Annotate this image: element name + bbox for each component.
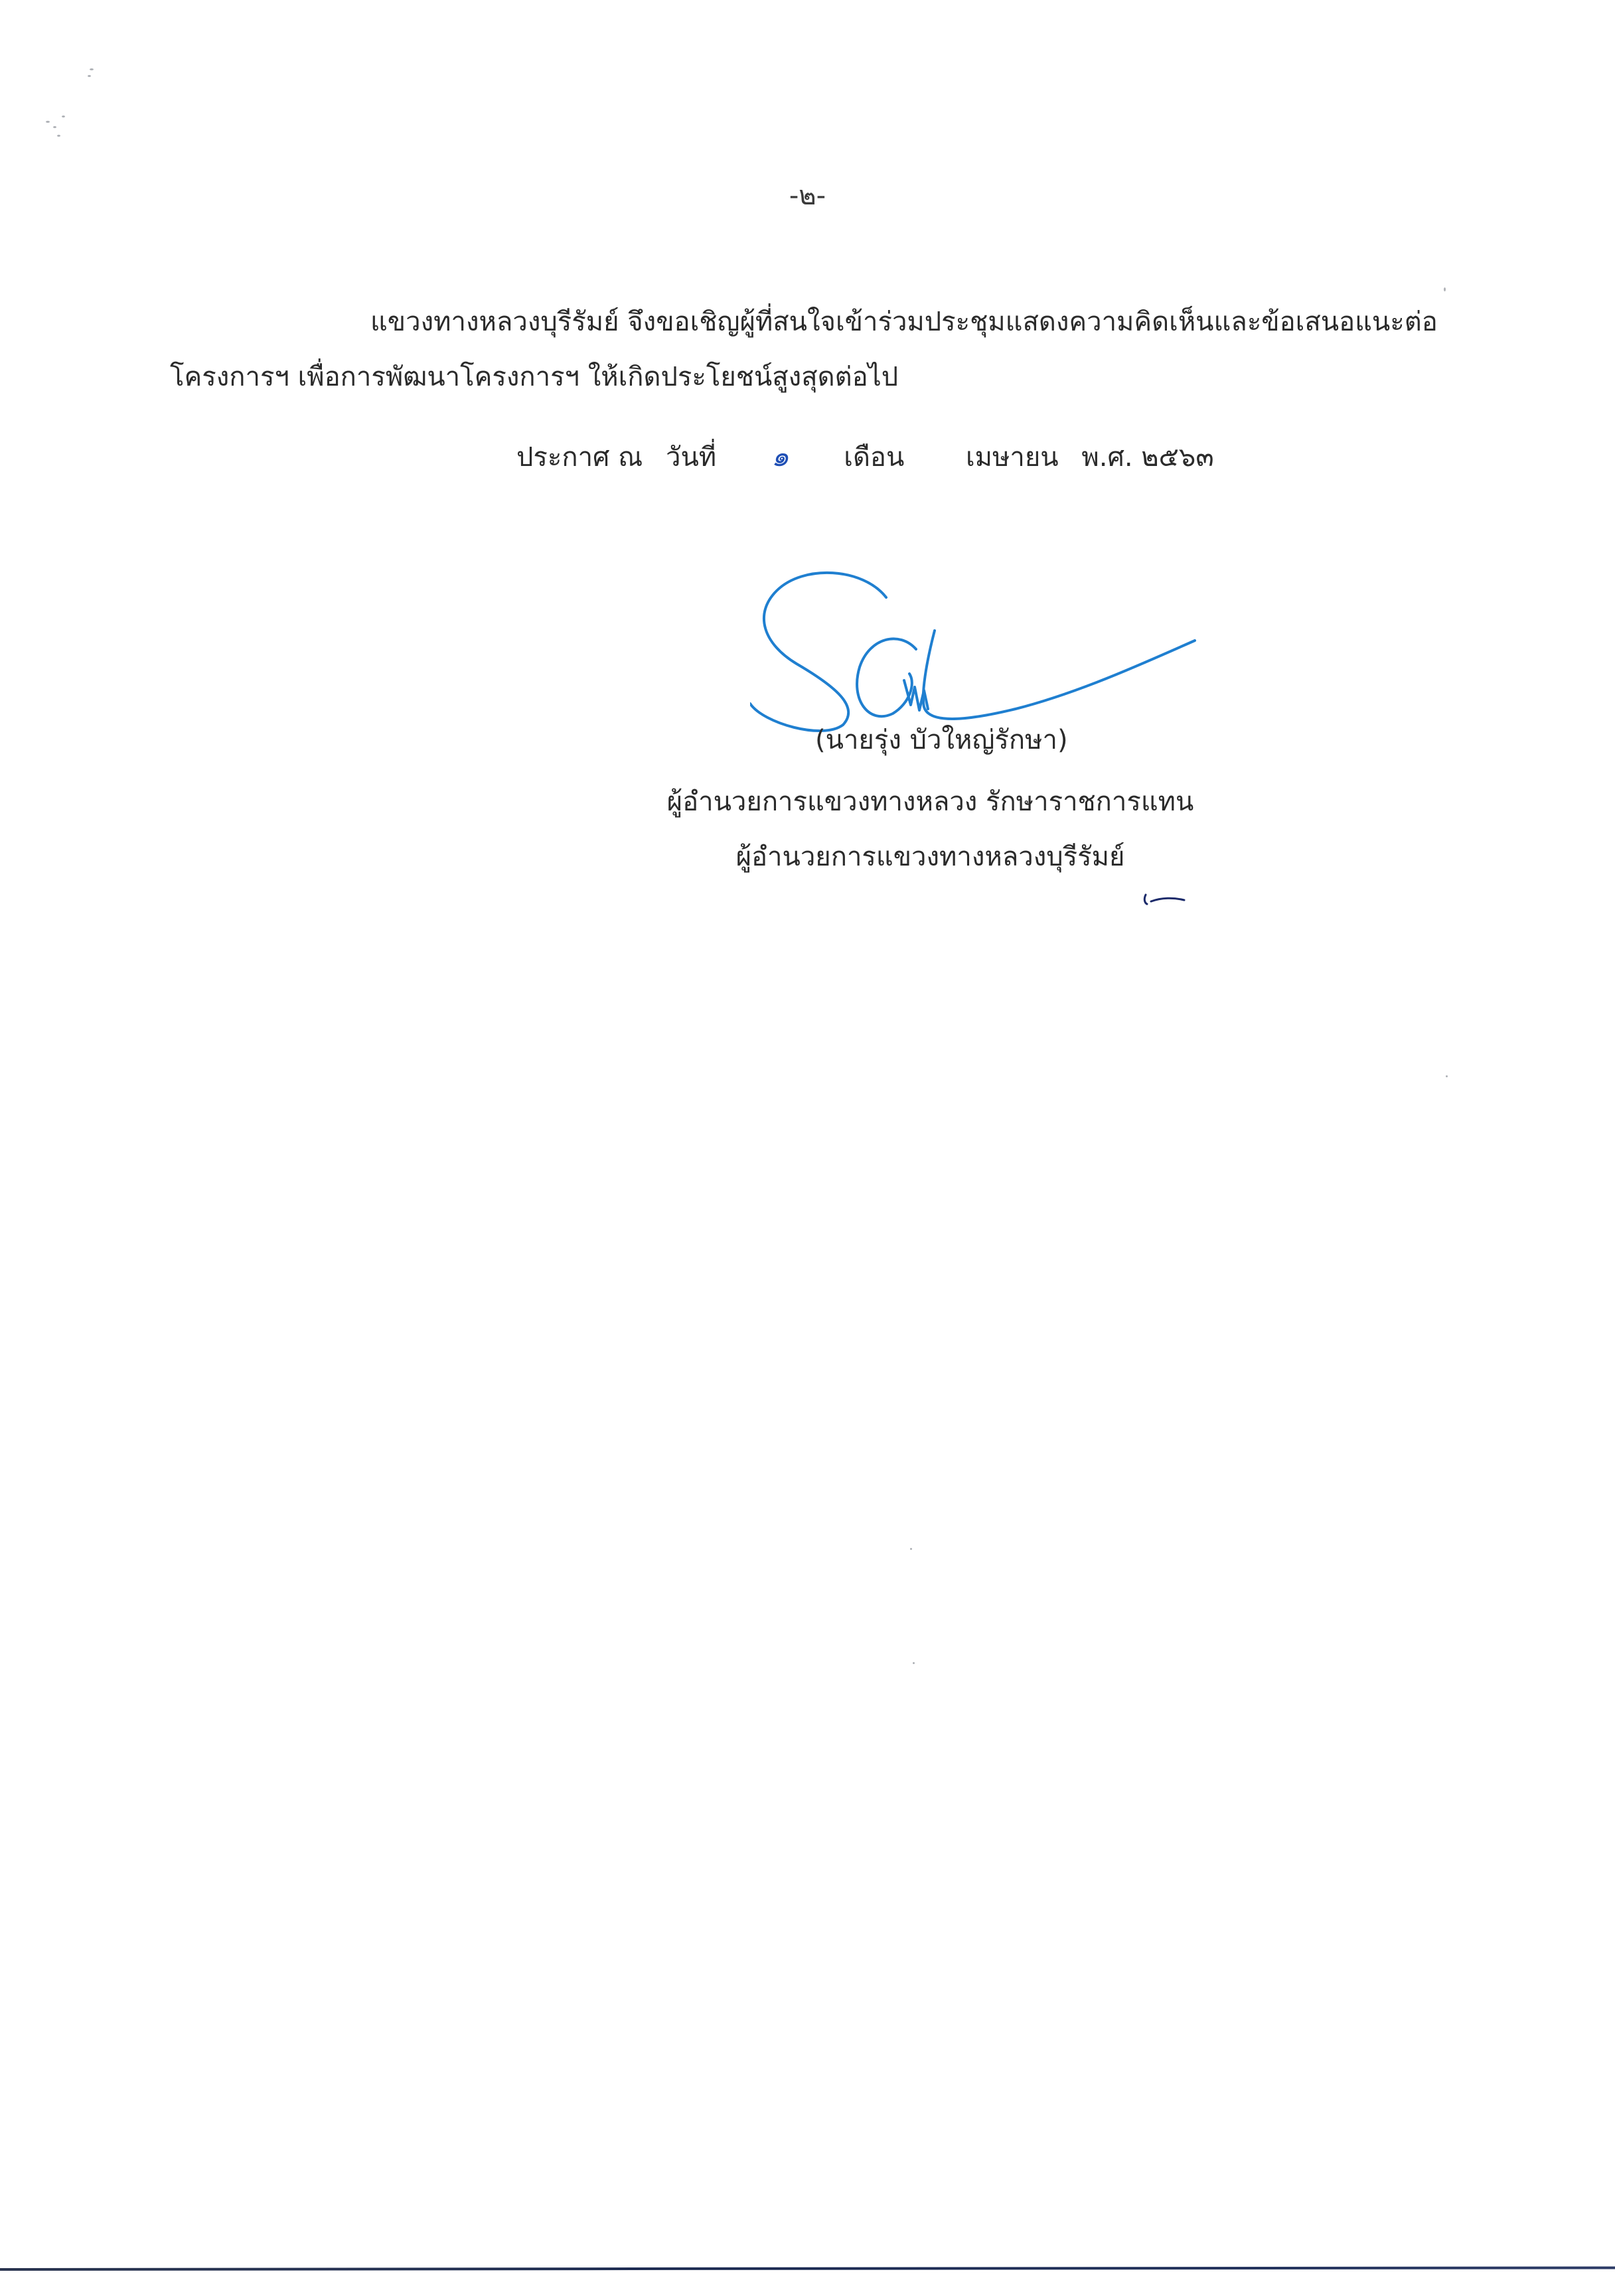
- page-number: -๒-: [0, 174, 1615, 216]
- signer-title-line-1: ผู้อำนวยการแขวงทางหลวง รักษาราชการแทน: [0, 780, 1615, 822]
- scan-speck: [1446, 1075, 1448, 1077]
- scan-speck: [62, 115, 65, 117]
- month-label: เดือน: [844, 435, 904, 478]
- scan-speck: [1444, 287, 1446, 291]
- year-value: ๒๕๖๓: [1141, 435, 1213, 478]
- scan-speck: [53, 126, 56, 128]
- scan-speck: [57, 135, 60, 137]
- scan-speck: [90, 68, 94, 70]
- initial-mark: [1142, 889, 1188, 909]
- scan-speck: [913, 1662, 915, 1664]
- scan-speck: [88, 75, 91, 77]
- announcement-date-line: ประกาศ ณ วันที่ ๑ เดือน เมษายน พ.ศ. ๒๕๖๓: [516, 435, 1214, 479]
- body-text-line-1: แขวงทางหลวงบุรีรัมย์ จึงขอเชิญผู้ที่สนใจ…: [370, 300, 1438, 343]
- bottom-border-line: [0, 2266, 1615, 2271]
- month-value: เมษายน: [966, 435, 1059, 478]
- year-label: พ.ศ.: [1081, 435, 1132, 478]
- day-label: วันที่: [666, 435, 716, 478]
- scan-speck: [910, 1548, 912, 1550]
- scan-speck: [46, 121, 50, 123]
- document-page: -๒- แขวงทางหลวงบุรีรัมย์ จึงขอเชิญผู้ที่…: [0, 0, 1615, 2296]
- signer-title-line-2: ผู้อำนวยการแขวงทางหลวงบุรีรัมย์: [0, 835, 1615, 878]
- body-text-line-2: โครงการฯ เพื่อการพัฒนาโครงการฯ ให้เกิดปร…: [170, 355, 898, 398]
- announcement-prefix: ประกาศ ณ: [516, 435, 643, 478]
- day-value-handwritten: ๑: [771, 435, 789, 479]
- signer-name: (นายรุ่ง บัวใหญ่รักษา): [815, 718, 1068, 761]
- handwritten-signature: [750, 551, 1281, 737]
